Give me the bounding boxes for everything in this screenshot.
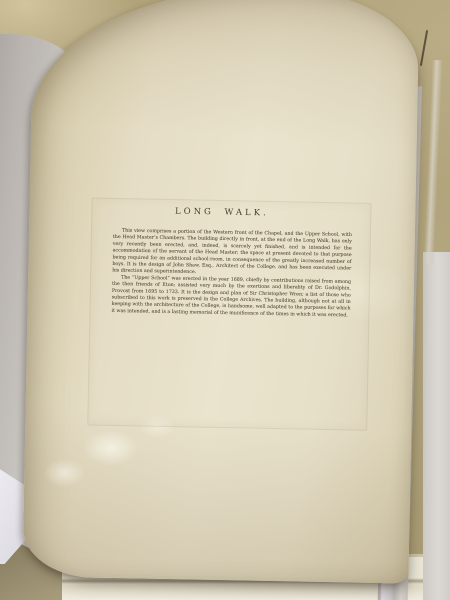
paragraph-2: The “Upper School” was erected in the ye…	[111, 274, 351, 319]
tissue-top-edge	[424, 60, 443, 265]
letterpress-text-block: LONG WALK. This view comprises a portion…	[111, 205, 352, 319]
book-photograph: { "page": { "title": "LONG WALK.", "para…	[0, 0, 450, 600]
paragraph-1: This view comprises a portion of the Wes…	[112, 227, 352, 279]
far-right-page-edges	[423, 252, 450, 600]
loose-thread-edge	[420, 30, 428, 66]
main-page: LONG WALK. This view comprises a portion…	[22, 0, 419, 584]
